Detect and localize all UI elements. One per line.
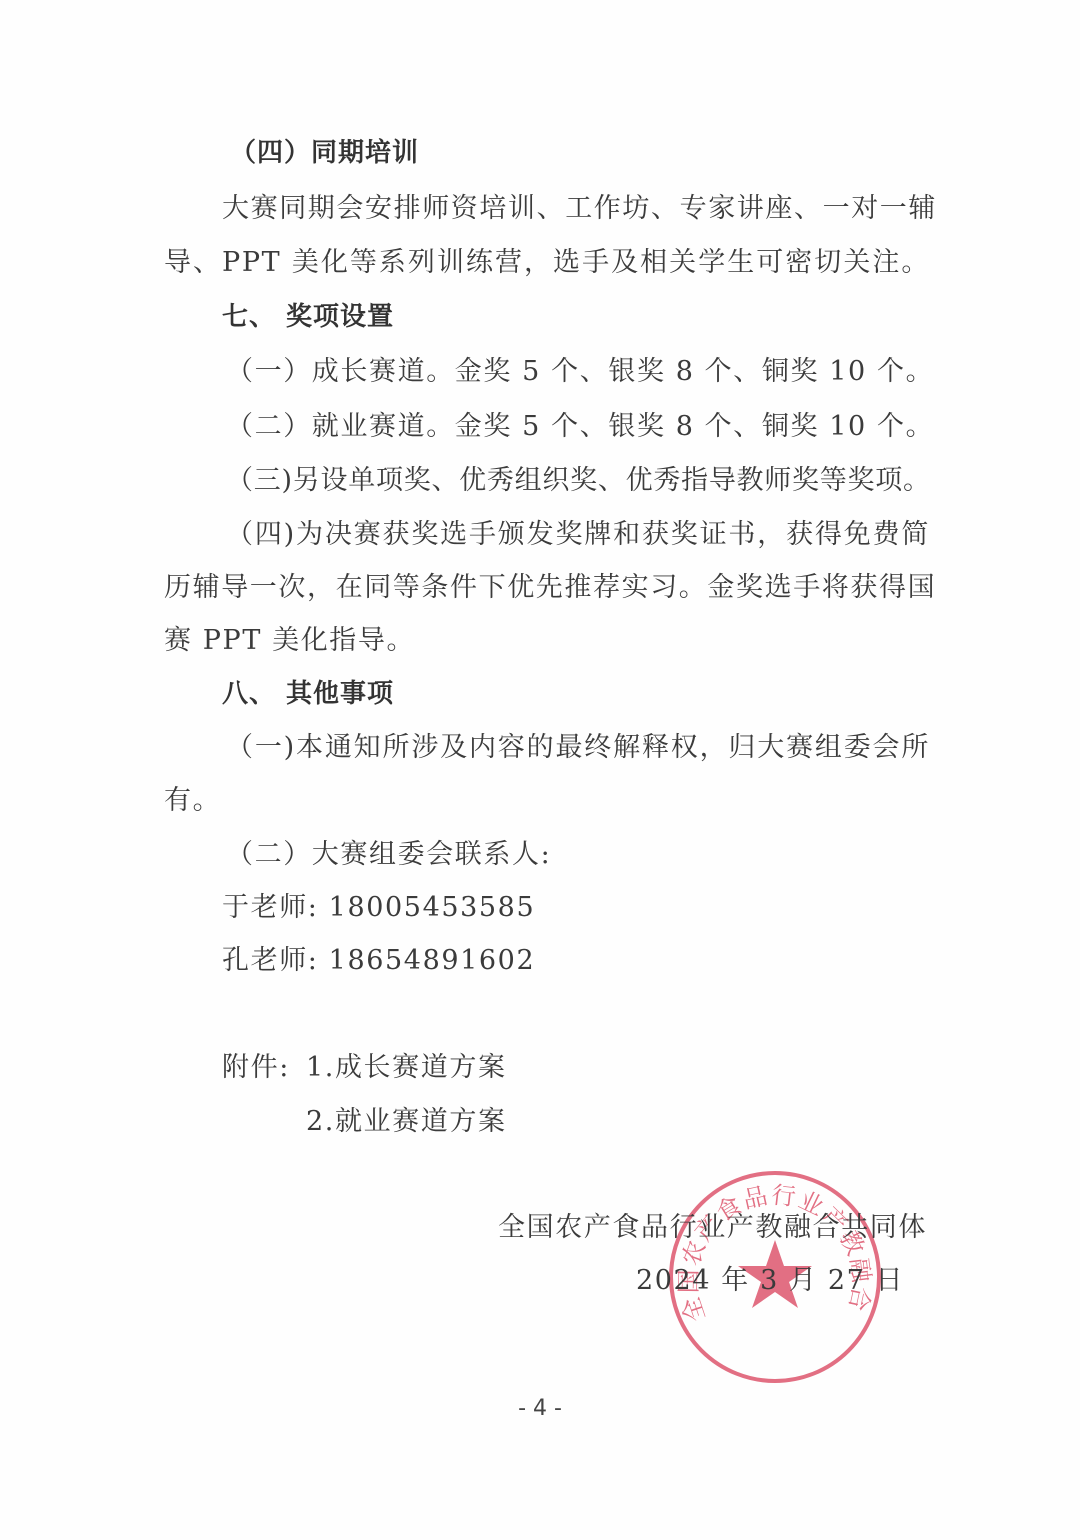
other-item: （一)本通知所涉及内容的最终解释权，归大赛组委会所 — [226, 731, 930, 765]
attachment-item: 1.成长赛道方案 — [306, 1051, 507, 1085]
paragraph-line: 大赛同期会安排师资培训、工作坊、专家讲座、一对一辅 — [222, 192, 930, 226]
award-item: 赛 PPT 美化指导。 — [164, 624, 415, 658]
signature-organization: 全国农产食品行业产教融合共同体 — [498, 1211, 927, 1245]
attachment-item: 2.就业赛道方案 — [306, 1105, 507, 1139]
contact-line: 于老师: 18005453585 — [222, 891, 535, 925]
document-page: （四）同期培训 大赛同期会安排师资培训、工作坊、专家讲座、一对一辅 导、PPT … — [0, 0, 1080, 1540]
paragraph-line: 导、PPT 美化等系列训练营，选手及相关学生可密切关注。 — [164, 246, 930, 280]
section-heading-other: 八、 其他事项 — [222, 677, 394, 711]
attachments-label: 附件: — [222, 1051, 290, 1085]
award-item: （四)为决赛获奖选手颁发奖牌和获奖证书，获得免费简 — [226, 518, 930, 552]
other-item: 有。 — [164, 784, 221, 818]
section-heading-training: （四）同期培训 — [230, 136, 419, 170]
award-item: 历辅导一次，在同等条件下优先推荐实习。金奖选手将获得国 — [164, 571, 930, 605]
award-item: （三)另设单项奖、优秀组织奖、优秀指导教师奖等奖项。 — [226, 464, 930, 498]
other-item: （二）大赛组委会联系人: — [226, 838, 551, 872]
contact-line: 孔老师: 18654891602 — [222, 944, 535, 978]
svg-text:全国农产食品行业产教融合共同体: 全国农产食品行业产教融合共同体 — [666, 1168, 876, 1325]
section-heading-awards: 七、 奖项设置 — [222, 300, 394, 334]
signature-date: 2024 年 3 月 27 日 — [636, 1264, 904, 1298]
page-number: - 4 - — [0, 1396, 1080, 1421]
award-item: （二）就业赛道。金奖 5 个、银奖 8 个、铜奖 10 个。 — [226, 410, 934, 444]
award-item: （一）成长赛道。金奖 5 个、银奖 8 个、铜奖 10 个。 — [226, 355, 934, 389]
